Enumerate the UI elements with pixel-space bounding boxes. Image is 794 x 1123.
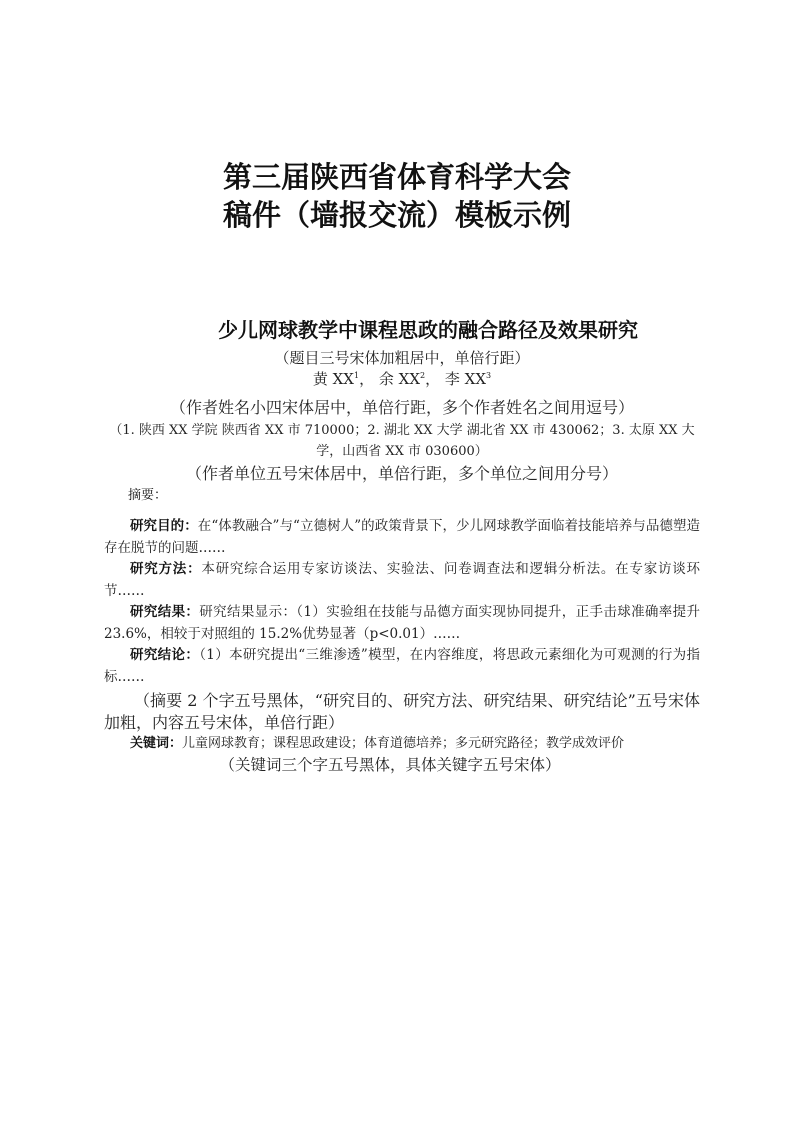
paper-title-format-note: （题目三号宋体加粗居中，单倍行距） [104,348,700,369]
abstract-results-label: 研究结果： [130,604,199,620]
abstract-purpose: 研究目的：在“体教融合”与“立德树人”的政策背景下，少儿网球教学面临着技能培养与… [104,516,700,559]
author-separator: ， [359,370,374,388]
affiliations-line-1: （1. 陕西 XX 学院 陕西省 XX 市 710000；2. 湖北 XX 大学… [98,420,706,441]
author-affiliation-index: 3 [486,371,491,380]
keywords-text: 儿童网球教育；课程思政建设；体育道德培养；多元研究路径；教学成效评价 [182,736,624,751]
author-name: 李 XX [445,370,486,388]
affiliations: （1. 陕西 XX 学院 陕西省 XX 市 710000；2. 湖北 XX 大学… [98,420,706,462]
affiliation-format-note: （作者单位五号宋体居中，单倍行距，多个单位之间用分号） [104,462,700,486]
abstract-label: 摘要： [104,486,700,506]
author-format-note: （作者姓名小四宋体居中，单倍行距，多个作者姓名之间用逗号） [104,396,700,420]
document-page: 第三届陕西省体育科学大会 稿件（墙报交流）模板示例 少儿网球教学中课程思政的融合… [0,0,794,1123]
paper-title: 少儿网球教学中课程思政的融合路径及效果研究 [156,316,700,344]
conference-title-line-1: 第三届陕西省体育科学大会 [0,158,794,196]
author-name: 黄 XX [313,370,354,388]
abstract-results: 研究结果：研究结果显示：（1）实验组在技能与品德方面实现协同提升，正手击球准确率… [104,602,700,645]
conference-title: 第三届陕西省体育科学大会 稿件（墙报交流）模板示例 [0,158,794,234]
paper-body: 少儿网球教学中课程思政的融合路径及效果研究 （题目三号宋体加粗居中，单倍行距） … [104,316,700,776]
abstract-method: 研究方法：本研究综合运用专家访谈法、实验法、问卷调查法和逻辑分析法。在专家访谈环… [104,559,700,602]
keywords: 关键词：儿童网球教育；课程思政建设；体育道德培养；多元研究路径；教学成效评价 [104,734,700,754]
conference-title-line-2: 稿件（墙报交流）模板示例 [0,196,794,234]
abstract-method-label: 研究方法： [130,561,201,577]
abstract-conclusion-label: 研究结论： [130,647,199,663]
abstract-conclusion: 研究结论：（1）本研究提出“三维渗透”模型，在内容维度，将思政元素细化为可观测的… [104,645,700,688]
author-list: 黄 XX1， 余 XX2， 李 XX3 [104,369,700,389]
keywords-format-note: （关键词三个字五号黑体，具体关键字五号宋体） [80,754,700,776]
abstract-format-note: （摘要 2 个字五号黑体，“研究目的、研究方法、研究结果、研究结论”五号宋体加粗… [104,690,700,734]
affiliations-line-2: 学，山西省 XX 市 030600） [98,441,706,462]
keywords-label: 关键词： [130,736,182,751]
author-separator: ， [425,370,440,388]
author-name: 余 XX [379,370,420,388]
abstract-purpose-label: 研究目的： [130,518,198,534]
